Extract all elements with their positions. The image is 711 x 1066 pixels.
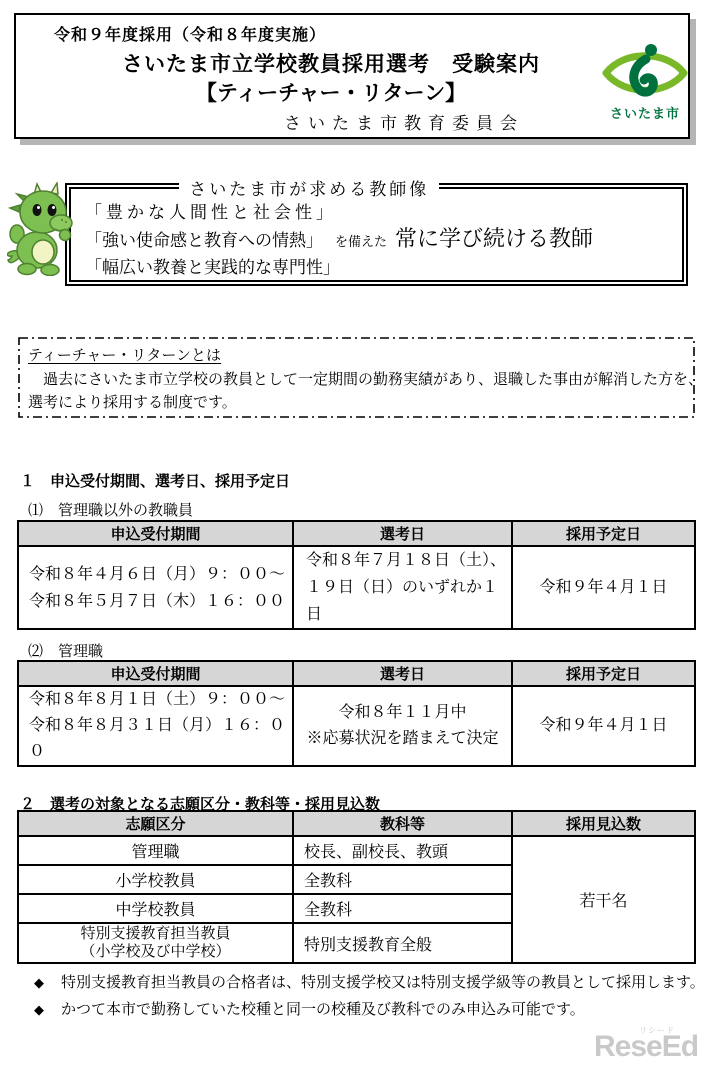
table-header-row: 申込受付期間 選考日 採用予定日	[18, 661, 695, 686]
col-header-quota: 採用見込数	[512, 811, 695, 836]
diamond-bullet-icon: ◆	[34, 1002, 44, 1018]
table-row: 管理職 校長、副校長、教頭 若干名	[18, 836, 695, 865]
reseed-watermark: リシード ReseEd	[594, 1026, 709, 1066]
diamond-bullet-icon: ◆	[34, 975, 44, 991]
cell-hire-date: 令和９年４月１日	[512, 686, 695, 766]
teacher-vision-box: さいたま市が求める教師像 「豊かな人間性と社会性」 「強い使命感と教育への情熱」…	[65, 183, 688, 286]
mascot-dragon-illustration	[7, 182, 75, 276]
vision-suffix-large: 常に学び続ける教師	[395, 226, 593, 252]
table-header-row: 申込受付期間 選考日 採用予定日	[18, 521, 695, 546]
cell-subjects: 全教科	[293, 894, 512, 923]
vision-quote-1: 「豊かな人間性と社会性」	[85, 200, 682, 226]
cell-subjects: 全教科	[293, 865, 512, 894]
section1-sub1-label: ⑴ 管理職以外の教職員	[28, 499, 193, 520]
col-header-subjects: 教科等	[293, 811, 512, 836]
cell-hire-date: 令和９年４月１日	[512, 546, 695, 629]
document-subtitle: 【ティーチャー・リターン】	[16, 77, 646, 107]
watermark-logo-text: ReseEd	[594, 1030, 698, 1064]
cell-category: 中学校教員	[18, 894, 293, 923]
document-title: さいたま市立学校教員採用選考 受験案内	[16, 48, 646, 78]
cell-subjects: 特別支援教育全般	[293, 923, 512, 963]
header-title-box: 令和９年度採用（令和８年度実施） さいたま市立学校教員採用選考 受験案内 【ティ…	[14, 13, 690, 139]
col-header-selection-date: 選考日	[293, 521, 512, 546]
cell-category: 特別支援教育担当教員 （小学校及び中学校）	[18, 923, 293, 963]
vision-quote-2-row: 「強い使命感と教育への情熱」 を備えた 常に学び続ける教師	[85, 226, 682, 255]
note-item: ◆ かつて本市で勤務していた校種と同一の校種及び教科でのみ申込み可能です。	[34, 998, 585, 1019]
vision-suffix-small: を備えた	[335, 229, 387, 255]
teacher-return-box: ティーチャー・リターンとは 過去にさいたま市立学校の教員として一定期間の勤務実績…	[18, 337, 695, 418]
cell-category: 管理職	[18, 836, 293, 865]
schedule-table-non-management: 申込受付期間 選考日 採用予定日 令和８年４月６日（月）９：００～ 令和８年５月…	[17, 520, 696, 630]
cell-application-period: 令和８年４月６日（月）９：００～ 令和８年５月７日（木）１６：００	[18, 546, 293, 629]
col-header-selection-date: 選考日	[293, 661, 512, 686]
vision-quotes: 「豊かな人間性と社会性」 「強い使命感と教育への情熱」 を備えた 常に学び続ける…	[71, 189, 682, 281]
teacher-return-title: ティーチャー・リターンとは	[28, 344, 685, 365]
category-subject-table: 志願区分 教科等 採用見込数 管理職 校長、副校長、教頭 若干名 小学校教員 全…	[17, 810, 696, 964]
note-text: かつて本市で勤務していた校種と同一の校種及び教科でのみ申込み可能です。	[61, 998, 585, 1019]
cell-selection-date: 令和８年７月１８日（土）、 １９日（日）のいずれか１日	[293, 546, 512, 629]
col-header-application-period: 申込受付期間	[18, 521, 293, 546]
cell-application-period: 令和８年８月１日（土）９：００～ 令和８年８月３１日（月）１６：００	[18, 686, 293, 766]
section1-heading: １ 申込受付期間、選考日、採用予定日	[20, 470, 290, 491]
col-header-category: 志願区分	[18, 811, 293, 836]
recruitment-year-line: 令和９年度採用（令和８年度実施）	[54, 22, 326, 45]
logo-label: さいたま市	[598, 103, 692, 122]
vision-quote-2: 「強い使命感と教育への情熱」	[85, 228, 323, 254]
col-header-hire-date: 採用予定日	[512, 661, 695, 686]
vision-quote-3: 「幅広い教養と実践的な専門性」	[85, 255, 682, 281]
issuing-organization: さいたま市教育委員会	[284, 109, 524, 134]
schedule-table-management: 申込受付期間 選考日 採用予定日 令和８年８月１日（土）９：００～ 令和８年８月…	[17, 660, 696, 767]
col-header-hire-date: 採用予定日	[512, 521, 695, 546]
col-header-application-period: 申込受付期間	[18, 661, 293, 686]
saitama-city-logo: さいたま市	[598, 39, 692, 122]
cell-quota: 若干名	[512, 836, 695, 963]
teacher-return-text: ティーチャー・リターンとは 過去にさいたま市立学校の教員として一定期間の勤務実績…	[28, 344, 685, 414]
section1-sub2-label: ⑵ 管理職	[28, 640, 103, 661]
table-header-row: 志願区分 教科等 採用見込数	[18, 811, 695, 836]
cell-selection-date: 令和８年１１月中 ※応募状況を踏まえて決定	[293, 686, 512, 766]
vision-box-title: さいたま市が求める教師像	[179, 175, 439, 200]
teacher-return-body-line2: 選考により採用する制度です。	[28, 391, 685, 414]
note-item: ◆ 特別支援教育担当教員の合格者は、特別支援学校又は特別支援学級等の教員として採…	[34, 971, 705, 992]
cell-subjects: 校長、副校長、教頭	[293, 836, 512, 865]
teacher-return-body-line1: 過去にさいたま市立学校の教員として一定期間の勤務実績があり、退職した事由が解消し…	[28, 368, 685, 391]
table-row: 令和８年４月６日（月）９：００～ 令和８年５月７日（木）１６：００ 令和８年７月…	[18, 546, 695, 629]
saitama-city-logo-icon	[600, 39, 690, 101]
cell-category: 小学校教員	[18, 865, 293, 894]
table-row: 令和８年８月１日（土）９：００～ 令和８年８月３１日（月）１６：００ 令和８年１…	[18, 686, 695, 766]
note-text: 特別支援教育担当教員の合格者は、特別支援学校又は特別支援学級等の教員として採用し…	[61, 971, 705, 992]
